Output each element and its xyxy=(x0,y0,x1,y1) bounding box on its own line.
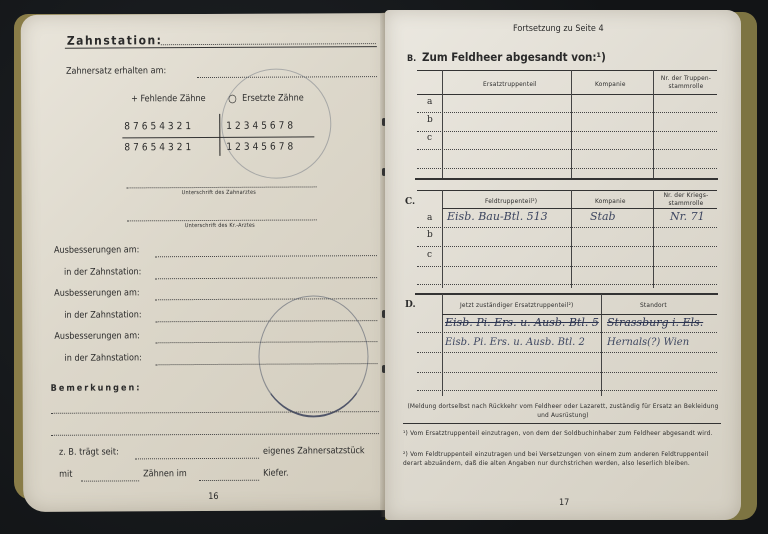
repair-2-station: in der Zahnstation: xyxy=(64,310,141,320)
row-key-c: c xyxy=(427,250,432,260)
col-feldtruppenteil: Feldtruppenteil²) xyxy=(485,197,537,205)
row-key-b: b xyxy=(427,115,433,125)
entry-ersatz-new: Eisb. Pi. Ers. u. Ausb. Btl. 2 xyxy=(445,337,585,348)
zahnersatz-label: Zahnersatz erhalten am: xyxy=(66,66,166,77)
footnote-1: ¹) Vom Ersatztruppenteil einzutragen, vo… xyxy=(403,429,721,438)
teeth-in-label: Zähnen im xyxy=(143,469,187,479)
continuation-note: Fortsetzung zu Seite 4 xyxy=(513,24,604,34)
teeth-upper-left: 87654321 xyxy=(124,121,194,132)
with-label: mit xyxy=(59,470,72,480)
col-standort: Standort xyxy=(640,301,667,309)
entry-ersatz-old: Eisb. Pi. Ers. u. Ausb. Btl. 5 xyxy=(445,316,599,329)
row-key-a: a xyxy=(427,97,432,107)
entry-standort-new: Hernals(?) Wien xyxy=(607,337,689,348)
repair-1-station: in der Zahnstation: xyxy=(64,267,141,277)
section-d-letter: D. xyxy=(405,300,416,310)
col-kriegsstammrolle: Nr. der Kriegs-stammrolle xyxy=(657,191,715,207)
col-kompanie-c: Kompanie xyxy=(595,197,626,205)
row-key-a: a xyxy=(427,213,432,223)
repair-1-label: Ausbesserungen am: xyxy=(54,245,139,255)
repair-3-station: in der Zahnstation: xyxy=(64,353,141,363)
official-stamp-faint xyxy=(221,68,332,179)
jaw-label: Kiefer. xyxy=(263,469,289,479)
teeth-lower-left: 87654321 xyxy=(124,142,194,153)
legend-missing: + Fehlende Zähne xyxy=(131,94,206,104)
page-title: Zahnstation: xyxy=(67,33,163,48)
section-d-note: (Meldung dortselbst nach Rückkehr vom Fe… xyxy=(407,402,719,419)
section-c-letter: C. xyxy=(405,197,415,207)
repair-2-label: Ausbesserungen am: xyxy=(54,288,139,298)
footnote-2: ²) Vom Feldtruppenteil einzutragen und b… xyxy=(403,450,721,467)
page-number-right: 17 xyxy=(559,498,569,508)
col-truppenstammrolle: Nr. der Truppen-stammrolle xyxy=(657,74,715,90)
wears-label: z. B. trägt seit: xyxy=(59,447,119,457)
col-kompanie: Kompanie xyxy=(595,80,626,88)
entry-feldtruppenteil: Eisb. Bau-Btl. 513 xyxy=(447,210,548,223)
remarks-label: Bemerkungen: xyxy=(51,383,142,393)
section-b-title: Zum Feldheer abgesandt von:¹) xyxy=(422,50,606,64)
sig-doctor: Unterschrift des Kr.-Arztes xyxy=(185,223,255,229)
own-denture: eigenes Zahnersatzstück xyxy=(263,446,365,457)
entry-standort-old: Strassburg i. Els. xyxy=(607,316,703,329)
left-page: Zahnstation: Zahnersatz erhalten am: + F… xyxy=(21,13,392,512)
entry-kriegsstammrolle: Nr. 71 xyxy=(670,210,705,223)
repair-3-label: Ausbesserungen am: xyxy=(54,331,139,341)
col-jetzt-ersatztruppenteil: Jetzt zuständiger Ersatztruppenteil²) xyxy=(460,301,574,309)
page-number-left: 16 xyxy=(208,492,218,502)
official-stamp-eagle xyxy=(258,295,369,418)
section-b-letter: B. xyxy=(407,54,416,64)
entry-kompanie: Stab xyxy=(590,210,616,223)
sig-dentist: Unterschrift des Zahnarztes xyxy=(182,190,256,196)
row-key-b: b xyxy=(427,230,433,240)
row-key-c: c xyxy=(427,133,432,143)
col-ersatztruppenteil: Ersatztruppenteil xyxy=(483,80,537,88)
right-page: Fortsetzung zu Seite 4 B. Zum Feldheer a… xyxy=(385,10,741,520)
